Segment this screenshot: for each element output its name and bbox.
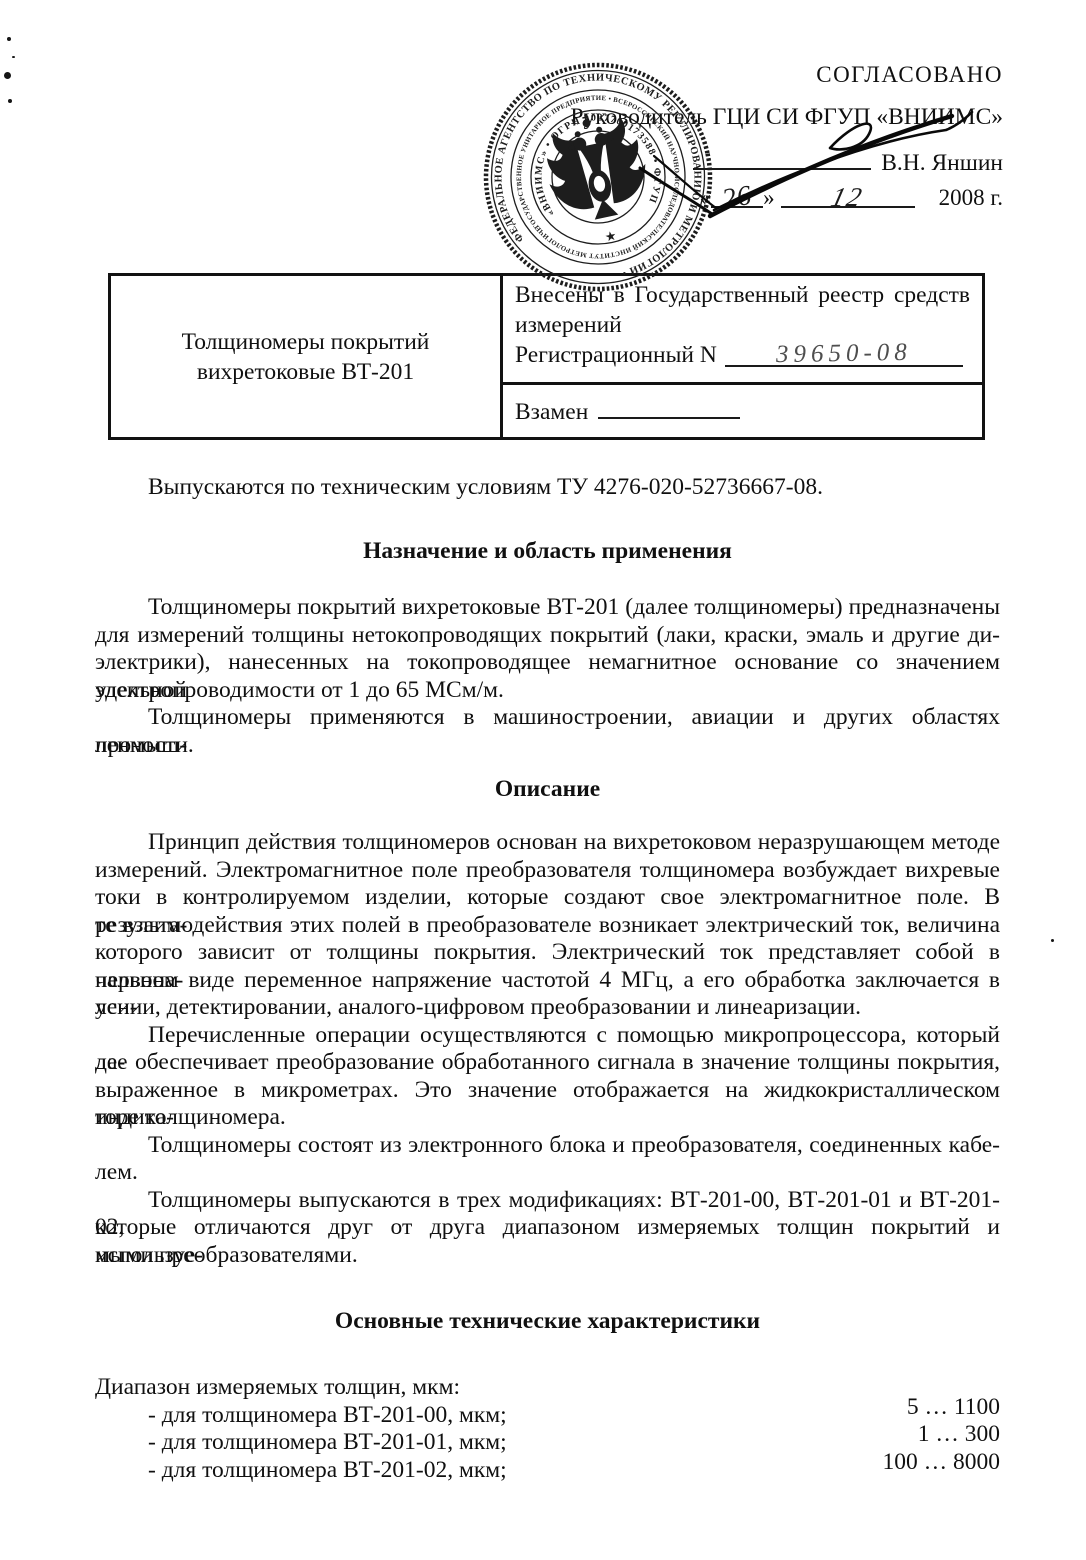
para-line: которого зависит от толщины покрытия. Эл… [95, 939, 1000, 967]
para-line: чальном виде переменное напряжение часто… [95, 967, 1000, 995]
scan-speck [4, 72, 11, 79]
para-line: лем. [95, 1159, 1000, 1187]
scan-speck [7, 37, 11, 41]
spec-row: - для толщиномера ВТ-201-01, мкм; 1 … 30… [95, 1429, 1000, 1456]
para-line: токи в контролируемом изделии, которые с… [95, 884, 1000, 912]
para-line: ленности. [95, 732, 1000, 760]
spec-value: 5 … 1100 [907, 1394, 1000, 1421]
para-line: Толщиномеры покрытий вихретоковые ВТ-201… [95, 594, 1000, 622]
purpose-paragraphs: Толщиномеры покрытий вихретоковые ВТ-201… [95, 594, 1000, 759]
para-line: электрики), нанесенных на токопроводящее… [95, 649, 1000, 677]
section-title-purpose: Назначение и область применения [95, 538, 1000, 565]
para-line: те взаимодействия этих полей в преобразо… [95, 912, 1000, 940]
document-page: СОГЛАСОВАНО Руководитель ГЦИ СИ ФГУП «ВН… [0, 0, 1086, 1560]
spec-value: 1 … 300 [918, 1421, 1000, 1448]
description-paragraphs: Принцип действия толщиномеров основан на… [95, 829, 1000, 1269]
scan-speck [1051, 939, 1054, 942]
title-registry-table: Толщиномеры покрытий вихретоковые ВТ-201… [108, 273, 985, 440]
para-line: Толщиномеры применяются в машиностроении… [95, 704, 1000, 732]
para-line: измерений. Электромагнитное поле преобра… [95, 857, 1000, 885]
signature [610, 90, 980, 240]
para-line: Толщиномеры выпускаются в трех модификац… [95, 1187, 1000, 1215]
para-line: Принцип действия толщиномеров основан на… [95, 829, 1000, 857]
para-line: электропроводимости от 1 до 65 МСм/м. [95, 677, 1000, 705]
para-line: которые отличаются друг от друга диапазо… [95, 1214, 1000, 1242]
spec-label: - для толщиномера ВТ-201-02, мкм; [95, 1457, 507, 1484]
scan-speck [8, 99, 12, 103]
replaces-cell: Взамен [503, 385, 982, 437]
para-line: выраженное в микрометрах. Это значение о… [95, 1077, 1000, 1105]
scan-speck [12, 56, 15, 58]
instrument-name-cell: Толщиномеры покрытий вихретоковые ВТ-201 [111, 276, 503, 437]
para-line: для измерений толщины нетокопроводящих п… [95, 622, 1000, 650]
intro-paragraph: Выпускаются по техническим условиям ТУ 4… [95, 474, 1000, 502]
instrument-name-line2: вихретоковые ВТ-201 [197, 357, 414, 387]
specs-rows: - для толщиномера ВТ-201-00, мкм; 5 … 11… [95, 1402, 1000, 1484]
para-line: Перечисленные операции осуществляются с … [95, 1022, 1000, 1050]
para-line: торе толщиномера. [95, 1104, 1000, 1132]
spec-row: - для толщиномера ВТ-201-00, мкм; 5 … 11… [95, 1402, 1000, 1429]
para-line: Толщиномеры состоят из электронного блок… [95, 1132, 1000, 1160]
spec-row: - для толщиномера ВТ-201-02, мкм; 100 … … [95, 1457, 1000, 1484]
section-title-description: Описание [95, 776, 1000, 803]
section-title-specs: Основные технические характеристики [95, 1308, 1000, 1335]
spec-label: - для толщиномера ВТ-201-01, мкм; [95, 1429, 507, 1456]
spec-value: 100 … 8000 [883, 1449, 1001, 1476]
registration-number-underline: 39650-08 [725, 340, 963, 367]
replaces-label: Взамен [515, 399, 588, 425]
para-line: лее обеспечивает преобразование обработа… [95, 1049, 1000, 1077]
handwritten-registration-number: 39650-08 [776, 338, 912, 370]
replaces-underline [598, 395, 740, 419]
para-line: лении, детектировании, аналого-цифровом … [95, 994, 1000, 1022]
para-line: мыми преобразователями. [95, 1242, 1000, 1270]
registration-number-label: Регистрационный N [515, 342, 717, 368]
spec-label: - для толщиномера ВТ-201-00, мкм; [95, 1402, 507, 1429]
approved-stamp-word: СОГЛАСОВАНО [816, 62, 1003, 88]
instrument-name-line1: Толщиномеры покрытий [182, 327, 430, 357]
specs-range-heading: Диапазон измеряемых толщин, мкм: [95, 1374, 1000, 1402]
registry-text-line2: измерений [515, 311, 970, 341]
